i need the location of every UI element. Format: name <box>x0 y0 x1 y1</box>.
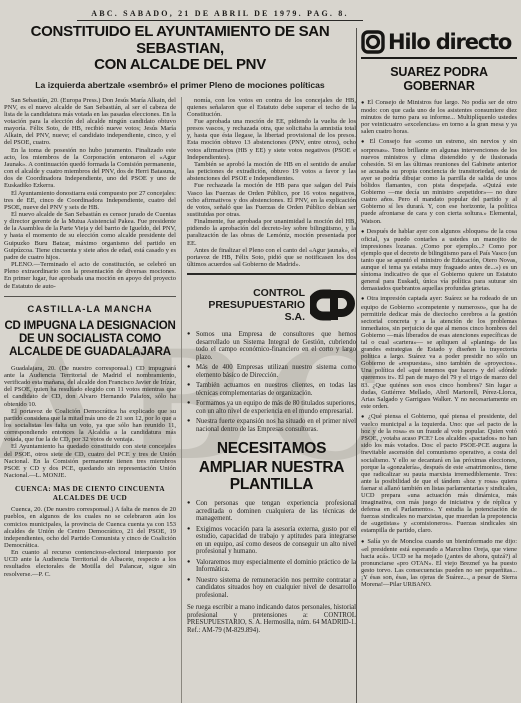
article-column-1: San Sebastián, 20. (Europa Press.) Don J… <box>4 97 176 703</box>
main-headline-line2: CON ALCALDE DEL PNV <box>4 57 356 74</box>
hilo-body: El Consejo de Ministros fue largo. No po… <box>361 99 517 588</box>
article-paragraph: Fue rechazada la moción de HB para que s… <box>187 182 356 218</box>
ad-bullets-bottom: Con personas que tengan experiencia prof… <box>187 500 356 599</box>
ad-bullet: Valoraremos muy especialmente el dominio… <box>187 559 356 574</box>
hilo-paragraph: El Consejo fue «como un estreno, sin ner… <box>361 138 517 224</box>
section-label: CASTILLA-LA MANCHA <box>4 304 176 315</box>
ad-bullet: Somos una Empresa de consultores que hem… <box>187 331 356 361</box>
hilo-paragraph: ¿Qué piensa el Gobierno, qué piensa el p… <box>361 413 517 535</box>
article-paragraph: Antes de finalizar el Pleno con el canto… <box>187 247 356 268</box>
ad-bullet: Nuestra fuerte expansión nos ha situado … <box>187 418 356 433</box>
cp-logo-icon <box>310 289 356 321</box>
castilla-section: CASTILLA-LA MANCHA CD IMPUGNA LA DESIGNA… <box>4 296 176 578</box>
hilo-directo-column: Hilo directo SUAREZ PODRA GOBERNAR El Co… <box>361 30 517 700</box>
ad-company-line1: CONTROL <box>187 287 305 299</box>
hilo-paragraph: Otra impresión captada ayer: Suárez se h… <box>361 295 517 410</box>
page-header: ABC. SABADO, 21 DE ABRIL DE 1979. PAG. 8… <box>0 3 440 21</box>
article-column-2: nomía, con los votos en contra de los co… <box>181 97 356 703</box>
article-col1-text: San Sebastián, 20. (Europa Press.) Don J… <box>4 97 176 290</box>
ad-bullet: Nuestro sistema de remuneración nos perm… <box>187 577 356 600</box>
ad-header: CONTROL PRESUPUESTARIO S.A. <box>187 287 356 323</box>
hilo-masthead: Hilo directo <box>361 30 517 59</box>
article-paragraph: Fue aprobada una moción de EE, pidiendo … <box>187 118 356 161</box>
ad-closing: Se ruega escribir a mano indicando datos… <box>187 604 356 634</box>
cuenca-text: Cuenca, 20. (De nuestro corresponsal.) A… <box>4 506 176 578</box>
article-paragraph: Finalmente, fue aprobada por unanimidad … <box>187 218 356 247</box>
article-paragraph: También se aprobó la moción de HB en el … <box>187 161 356 182</box>
article-paragraph: PLENO.—Terminado el acto de constitución… <box>4 261 176 290</box>
main-headline-line1: CONSTITUIDO EL AYUNTAMIENTO DE SAN SEBAS… <box>4 24 356 57</box>
article-paragraph: nomía, con los votos en contra de los co… <box>187 97 356 118</box>
article-paragraph: En la toma de posesión no hubo juramento… <box>4 147 176 190</box>
ad-bullet: También actuamos en nuestros clientes, e… <box>187 382 356 397</box>
hilo-paragraph: Salía yo de Moncloa cuando un bieninform… <box>361 538 517 589</box>
ad-bullets-top: Somos una Empresa de consultores que hem… <box>187 331 356 433</box>
article-paragraph: Cuenca, 20. (De nuestro corresponsal.) A… <box>4 506 176 549</box>
ad-bullet: Más de 400 Empresas utilizan nuestro sis… <box>187 364 356 379</box>
ad-bullet: Formamos ya un equipo de más de 80 titul… <box>187 400 356 415</box>
phone-dial-icon <box>361 30 385 54</box>
main-article: CONSTITUIDO EL AYUNTAMIENTO DE SAN SEBAS… <box>4 24 356 703</box>
article-paragraph: El portavoz de Coalición Democrática ha … <box>4 408 176 444</box>
article-paragraph: Guadalajara, 20. (De nuestro corresponsa… <box>4 365 176 408</box>
ad-bullet: Exigimos vocación para la asesoría exter… <box>187 526 356 556</box>
ad-need-line2: AMPLIAR NUESTRA PLANTILLA <box>187 459 356 493</box>
article-col2-text: nomía, con los votos en contra de los co… <box>187 97 356 269</box>
hilo-paragraph: El Consejo de Ministros fue largo. No po… <box>361 99 517 135</box>
castilla-headline: CD IMPUGNA LA DESIGNACION DE UN SOCIALIS… <box>4 320 176 359</box>
hilo-paragraph: Después de hablar ayer con algunos «bloq… <box>361 228 517 293</box>
page-header-text: ABC. SABADO, 21 DE ABRIL DE 1979. PAG. 8… <box>77 9 362 21</box>
ad-need-line1: NECESITAMOS <box>187 440 356 457</box>
main-subheadline: La izquierda abertzale «sembró» el prime… <box>4 80 356 90</box>
article-paragraph: El Ayuntamiento ha quedado constituido c… <box>4 443 176 479</box>
control-presupuestario-ad: CONTROL PRESUPUESTARIO S.A. Somos una Em… <box>187 273 356 634</box>
newspaper-page: ABC ABC. SABADO, 21 DE ABRIL DE 1979. PA… <box>0 0 521 703</box>
ad-bullet: Con personas que tengan experiencia prof… <box>187 500 356 523</box>
hilo-headline: SUAREZ PODRA GOBERNAR <box>361 65 517 93</box>
cuenca-header: CUENCA: MAS DE CIENTO CINCUENTA ALCALDES… <box>10 485 170 502</box>
article-paragraph: San Sebastián, 20. (Europa Press.) Don J… <box>4 97 176 147</box>
article-paragraph: En cuanto al recurso contencioso-elector… <box>4 549 176 578</box>
column-divider <box>356 28 357 703</box>
ad-company-name: CONTROL PRESUPUESTARIO S.A. <box>187 287 305 323</box>
ad-company-line2: PRESUPUESTARIO S.A. <box>187 299 305 323</box>
hilo-masthead-title: Hilo directo <box>388 30 511 54</box>
castilla-text: Guadalajara, 20. (De nuestro corresponsa… <box>4 365 176 480</box>
article-paragraph: El nuevo alcalde de San Sebastián es cen… <box>4 211 176 261</box>
article-paragraph: El Ayuntamiento donostiarra está compues… <box>4 190 176 211</box>
